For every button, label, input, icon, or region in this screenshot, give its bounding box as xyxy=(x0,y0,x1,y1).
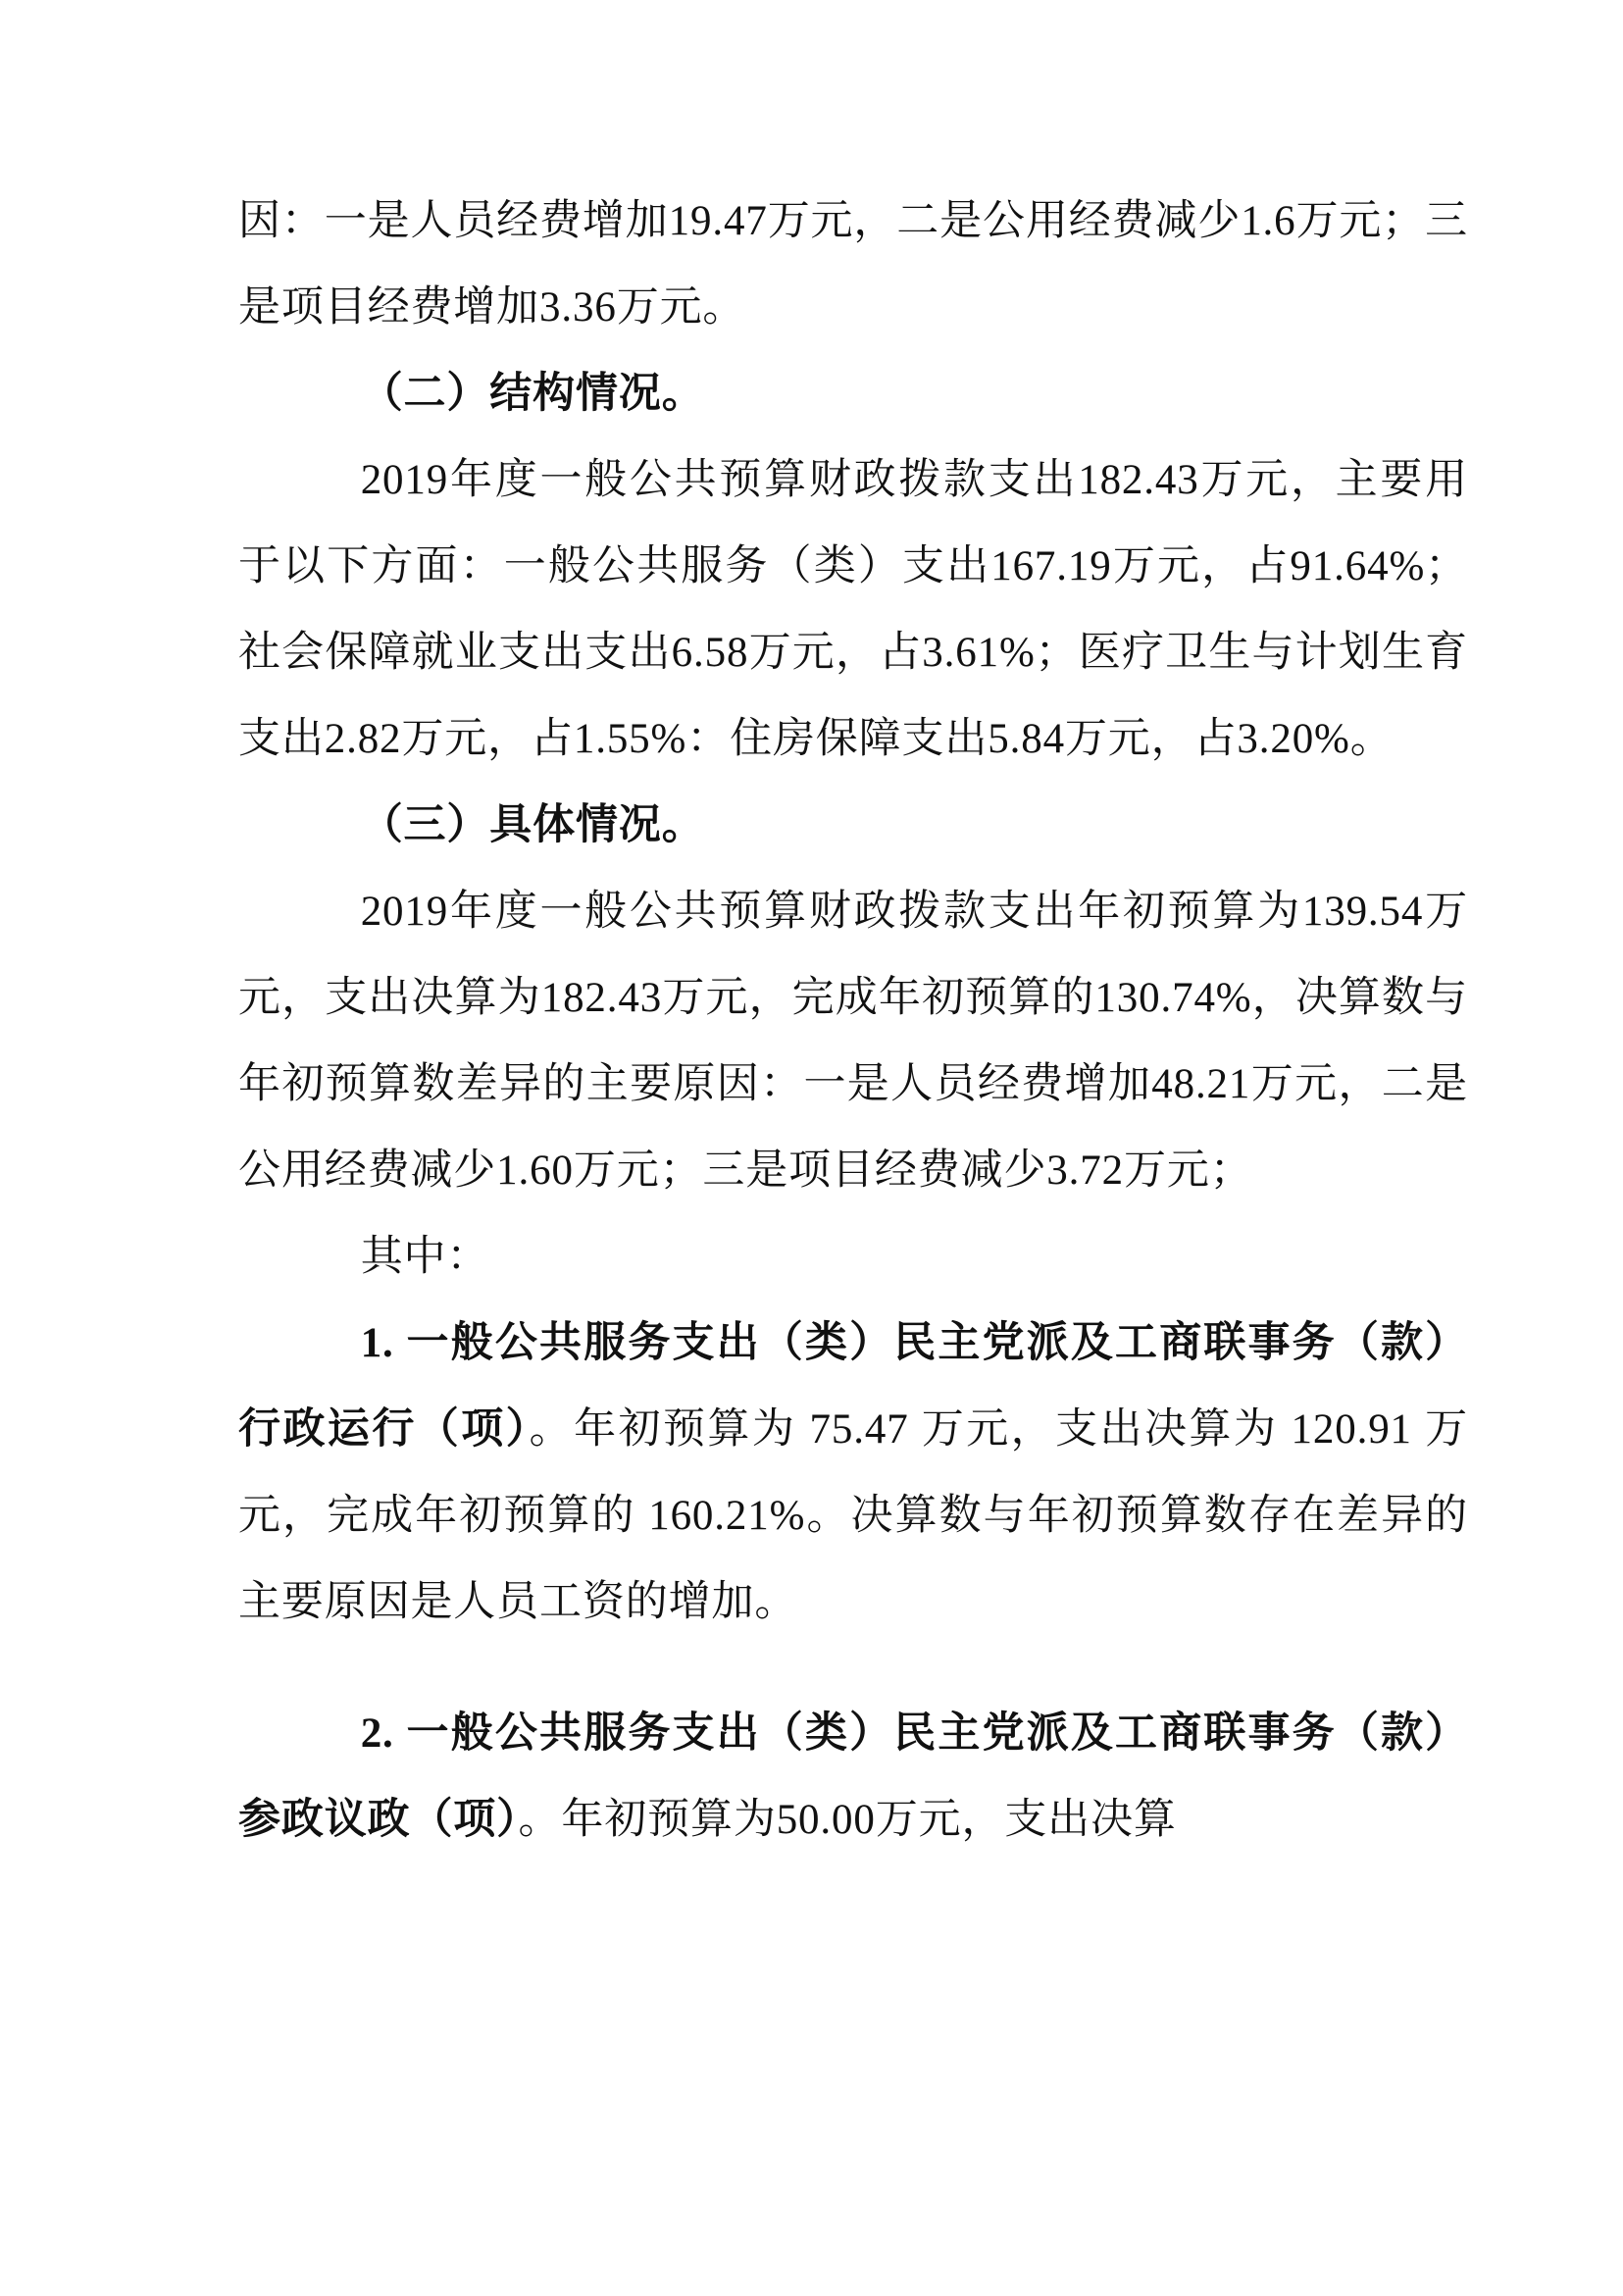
paragraph-among-which: 其中： xyxy=(238,1214,1468,1301)
section-heading-specifics: （三）具体情况。 xyxy=(238,783,1468,869)
paragraph-item-2-political-participation: 2. 一般公共服务支出（类）民主党派及工商联事务（款）参政议政（项）。年初预算为… xyxy=(238,1691,1468,1863)
paragraph-specifics-overview: 2019年度一般公共预算财政拨款支出年初预算为139.54万元，支出决算为182… xyxy=(238,869,1468,1214)
paragraph-among-which-run-0: 其中： xyxy=(361,1234,490,1280)
section-heading-structure-run-0: （二）结构情况。 xyxy=(361,371,705,417)
paragraph-specifics-overview-run-0: 2019年度一般公共预算财政拨款支出年初预算为139.54万元，支出决算为182… xyxy=(238,889,1468,1194)
paragraph-item-1-administrative-operation: 1. 一般公共服务支出（类）民主党派及工商联事务（款）行政运行（项）。年初预算为… xyxy=(238,1301,1468,1646)
section-heading-specifics-run-0: （三）具体情况。 xyxy=(361,802,705,848)
paragraph-expense-change-reasons-run-0: 因：一是人员经费增加19.47万元，二是公用经费减少1.6万元；三是项目经费增加… xyxy=(238,198,1468,331)
paragraph-structure-details-run-0: 2019年度一般公共预算财政拨款支出182.43万元，主要用于以下方面：一般公共… xyxy=(238,457,1468,762)
paragraph-item-2-political-participation-run-1: 。年初预算为50.00万元，支出决算 xyxy=(519,1797,1177,1843)
section-heading-structure: （二）结构情况。 xyxy=(238,351,1468,437)
paragraph-expense-change-reasons: 因：一是人员经费增加19.47万元，二是公用经费减少1.6万元；三是项目经费增加… xyxy=(238,179,1468,351)
paragraph-structure-details: 2019年度一般公共预算财政拨款支出182.43万元，主要用于以下方面：一般公共… xyxy=(238,437,1468,783)
document-body: 因：一是人员经费增加19.47万元，二是公用经费减少1.6万元；三是项目经费增加… xyxy=(238,179,1468,1863)
document-page: 因：一是人员经费增加19.47万元，二是公用经费减少1.6万元；三是项目经费增加… xyxy=(0,0,1623,2296)
